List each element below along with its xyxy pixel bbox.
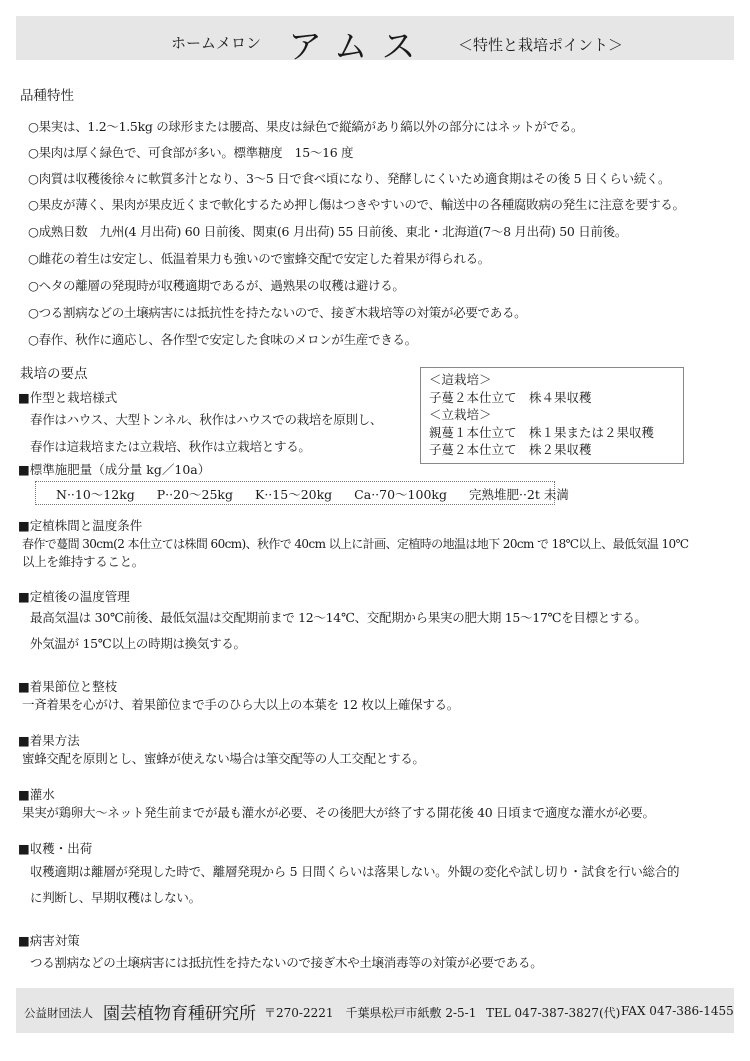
section-heading-disease: ■病害対策 <box>18 931 80 949</box>
address: 〒270-2221 千葉県松戸市紙敷 2-5-1 <box>264 1004 476 1021</box>
section-text: 春作で蔓間 30cm(2 本仕立ては株間 60cm)、秋作で 40cm 以上に計… <box>22 535 688 552</box>
title-subtitle: ＜特性と栽培ポイント＞ <box>458 34 623 55</box>
characteristics-title: 品種特性 <box>20 84 74 104</box>
cultivation-title: 栽培の要点 <box>20 362 88 382</box>
section-text: 最高気温は 30℃前後、最低気温は交配期前まで 12～14℃、交配期から果実の肥… <box>30 608 647 626</box>
section-text: 蜜蜂交配を原則とし、蜜蜂が使えない場合は筆交配等の人工交配とする。 <box>22 749 425 767</box>
method-line: ＜立栽培＞ <box>429 406 683 424</box>
list-item: ○雌花の着生は安定し、低温着果力も強いので蜜蜂交配で安定した着果が得られる。 <box>28 249 490 267</box>
section-text: 春作はハウス、大型トンネル、秋作はハウスでの栽培を原則し、 <box>30 410 382 428</box>
section-text: 以上を維持すること。 <box>22 552 144 570</box>
org-type: 公益財団法人 <box>24 1005 93 1021</box>
section-text: 果実が鶏卵大～ネット発生前までが最も灌水が必要、その後肥大が終了する開花後 40… <box>22 803 655 821</box>
fertilizer-p: P··20～25kg <box>157 487 233 502</box>
list-item: ○成熟日数 九州(4 月出荷) 60 日前後、関東(6 月出荷) 55 日前後、… <box>28 222 627 240</box>
section-text: つる割病などの土壌病害には抵抗性を持たないので接ぎ木や土壌消毒等の対策が必要であ… <box>30 953 542 971</box>
section-text: 収穫適期は離層が発現した時で、離層発現から 5 日間くらいは落果しない。外観の変… <box>30 862 679 880</box>
fertilizer-n: N··10～12kg <box>56 487 135 502</box>
section-heading-pollination: ■着果方法 <box>18 731 80 749</box>
org-name: 園芸植物育種研究所 <box>103 999 256 1024</box>
fertilizer-box: N··10～12kg P··20～25kg K··15～20kg Ca··70～… <box>35 481 555 505</box>
list-item: ○果皮が薄く、果肉が果皮近くまで軟化するため押し傷はつきやすいので、輸送中の各種… <box>28 195 685 213</box>
phone-number: TEL 047-387-3827(代) <box>486 1004 620 1021</box>
section-heading-cropping: ■作型と栽培様式 <box>18 388 117 406</box>
section-heading-spacing: ■定植株間と温度条件 <box>18 516 142 534</box>
cultivation-method-box: ＜這栽培＞ 子蔓２本仕立て 株４果収穫 ＜立栽培＞ 親蔓１本仕立て 株１果または… <box>420 367 684 464</box>
fertilizer-compost: 完熟堆肥··2t 未満 <box>469 487 569 502</box>
section-text: 一斉着果を心がけ、着果節位まで手のひら大以上の本葉を 12 枚以上確保する。 <box>22 695 459 713</box>
section-heading-fruit-set-node: ■着果節位と整枝 <box>18 677 117 695</box>
fertilizer-k: K··15～20kg <box>255 487 332 502</box>
section-text: に判断し、早期収穫はしない。 <box>30 888 201 906</box>
variety-name: アムス <box>288 19 430 68</box>
title-prefix: ホームメロン <box>171 32 261 53</box>
section-heading-irrigation: ■灌水 <box>18 785 55 803</box>
section-heading-temperature: ■定植後の温度管理 <box>18 587 130 605</box>
list-item: ○肉質は収穫後徐々に軟質多汁となり、3～5 日で食べ頃になり、発酵しにくいため適… <box>28 169 670 187</box>
list-item: ○春作、秋作に適応し、各作型で安定した食味のメロンが生産できる。 <box>28 330 417 348</box>
list-item: ○果実は、1.2～1.5kg の球形または腰高、果皮は緑色で縦縞があり縞以外の部… <box>28 117 583 135</box>
section-heading-harvest: ■収穫・出荷 <box>18 839 92 857</box>
list-item: ○ヘタの離層の発現時が収穫適期であるが、過熟果の収穫は避ける。 <box>28 276 405 294</box>
section-heading-fertilizer: ■標準施肥量（成分量 kg／10a） <box>18 460 210 478</box>
title-banner: ホームメロン アムス ＜特性と栽培ポイント＞ <box>16 16 734 60</box>
fertilizer-ca: Ca··70～100kg <box>354 487 447 502</box>
section-text: 外気温が 15℃以上の時期は換気する。 <box>30 634 246 652</box>
method-line: ＜這栽培＞ <box>429 371 683 389</box>
method-line: 子蔓２本仕立て 株４果収穫 <box>429 389 683 407</box>
section-text: 春作は這栽培または立栽培、秋作は立栽培とする。 <box>30 437 311 455</box>
footer-banner: 公益財団法人 園芸植物育種研究所 〒270-2221 千葉県松戸市紙敷 2-5-… <box>16 988 734 1033</box>
list-item: ○つる割病などの土壌病害には抵抗性を持たないので、接ぎ木栽培等の対策が必要である… <box>28 303 526 321</box>
list-item: ○果肉は厚く緑色で、可食部が多い。標準糖度 15～16 度 <box>28 143 353 161</box>
method-line: 子蔓２本仕立て 株２果収穫 <box>429 441 683 459</box>
method-line: 親蔓１本仕立て 株１果または２果収穫 <box>429 424 683 442</box>
fax-number: FAX 047-386-1455 <box>621 1004 734 1018</box>
